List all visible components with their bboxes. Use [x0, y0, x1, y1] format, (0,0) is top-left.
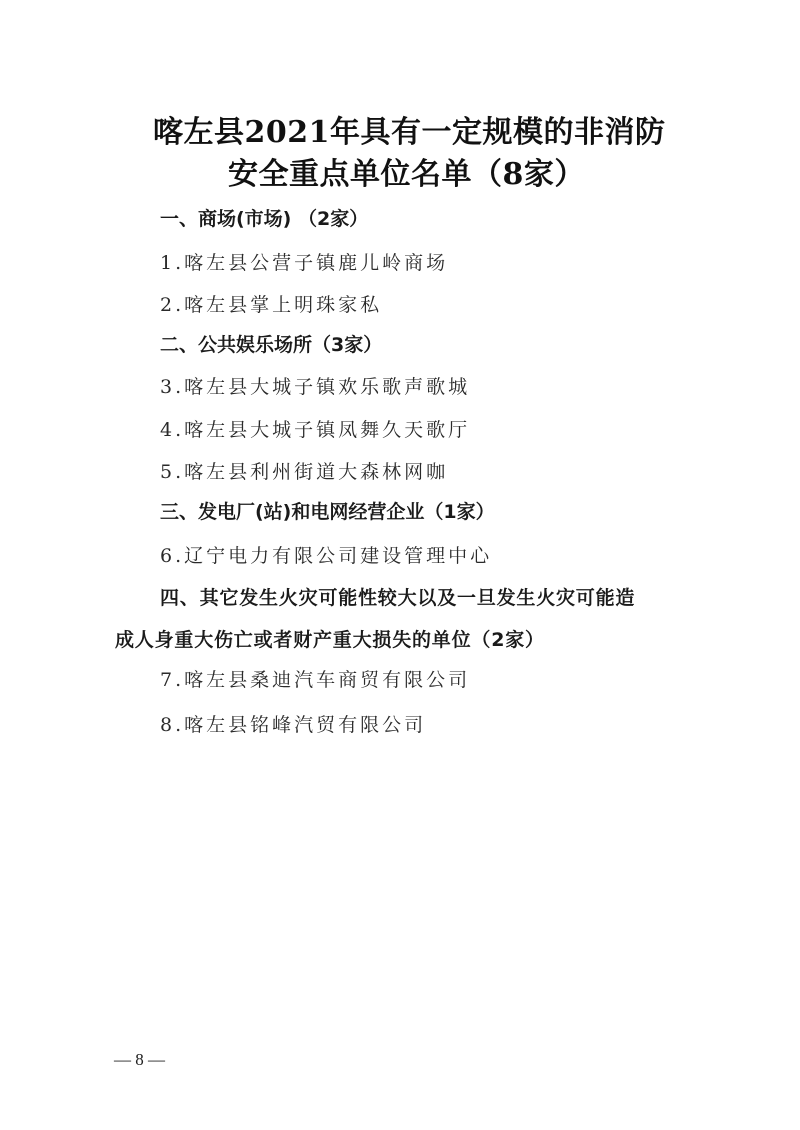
document-title-line-1: 喀左县2021年具有一定规模的非消防	[153, 116, 643, 150]
page-number: — 8 —	[114, 1050, 165, 1070]
section-heading-4-line-1: 四、其它发生火灾可能性较大以及一旦发生火灾可能造	[160, 586, 635, 610]
list-item-5: 5.喀左县利州街道大森林网咖	[160, 460, 448, 484]
list-item-7: 7.喀左县桑迪汽车商贸有限公司	[160, 668, 470, 692]
section-heading-3: 三、发电厂(站)和电网经营企业（1家）	[160, 500, 495, 524]
section-heading-2: 二、公共娱乐场所（3家）	[160, 333, 382, 357]
list-item-3: 3.喀左县大城子镇欢乐歌声歌城	[160, 375, 470, 399]
list-item-2: 2.喀左县掌上明珠家私	[160, 293, 382, 317]
list-item-8: 8.喀左县铭峰汽贸有限公司	[160, 713, 426, 737]
section-heading-1: 一、商场(市场) （2家）	[160, 207, 368, 231]
document-title-line-2: 安全重点单位名单（8家）	[228, 158, 585, 192]
list-item-6: 6.辽宁电力有限公司建设管理中心	[160, 544, 492, 568]
section-heading-4-line-2: 成人身重大伤亡或者财产重大损失的单位（2家）	[115, 628, 545, 652]
list-item-1: 1.喀左县公营子镇鹿儿岭商场	[160, 251, 448, 275]
list-item-4: 4.喀左县大城子镇凤舞久天歌厅	[160, 418, 470, 442]
